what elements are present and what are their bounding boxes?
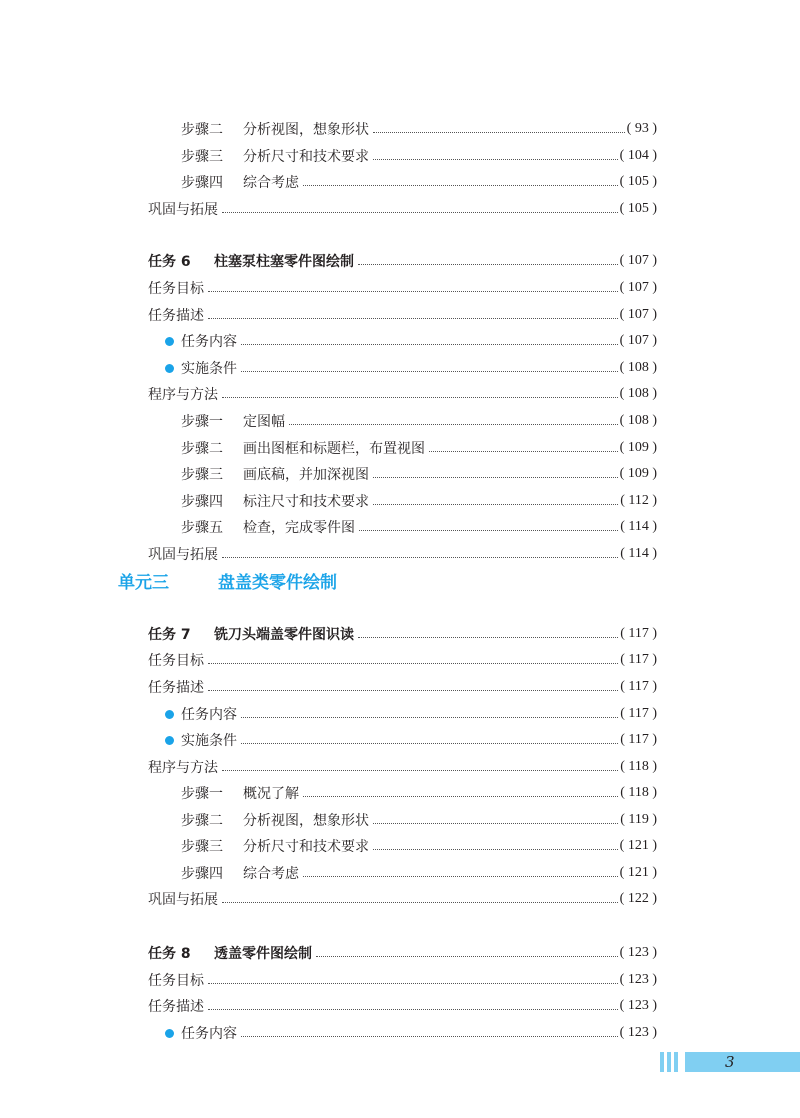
toc-page-number: ( 114 ) bbox=[620, 519, 657, 535]
toc-page-number: ( 121 ) bbox=[620, 865, 657, 881]
toc-page-number: ( 123 ) bbox=[620, 998, 657, 1014]
toc-page-number: ( 123 ) bbox=[620, 972, 657, 988]
toc-entry-label: 步骤二画出图框和标题栏，布置视图 bbox=[181, 438, 427, 458]
footer-bar: 3 bbox=[685, 1052, 800, 1072]
step-name: 步骤五 bbox=[181, 517, 243, 537]
toc-entry-title: 任务描述 bbox=[148, 308, 204, 324]
toc-entry-title: 巩固与拓展 bbox=[148, 202, 218, 218]
toc-page-number: ( 122 ) bbox=[620, 891, 657, 907]
toc-entry[interactable]: 步骤一定图幅( 108 ) bbox=[0, 408, 657, 434]
toc-entry[interactable]: 任务内容( 123 ) bbox=[0, 1020, 657, 1046]
toc-entry[interactable]: 任务描述( 123 ) bbox=[0, 993, 657, 1019]
dot-leader bbox=[241, 743, 618, 744]
toc-page-number: ( 107 ) bbox=[620, 333, 657, 349]
toc-entry[interactable]: 任务内容( 117 ) bbox=[0, 701, 657, 727]
toc-entry-title: 柱塞泵柱塞零件图绘制 bbox=[214, 254, 354, 270]
toc-page-number: ( 123 ) bbox=[620, 1025, 657, 1041]
toc-page-number: ( 108 ) bbox=[620, 386, 657, 402]
dot-leader bbox=[222, 770, 618, 771]
unit-heading[interactable]: 单元三盘盖类零件绘制 bbox=[118, 568, 337, 593]
toc-entry-title: 巩固与拓展 bbox=[148, 547, 218, 563]
footer-stripe bbox=[674, 1052, 678, 1072]
dot-leader bbox=[373, 849, 618, 850]
step-name: 步骤一 bbox=[181, 783, 243, 803]
toc-entry-label: 步骤一概况了解 bbox=[181, 783, 301, 803]
toc-entry[interactable]: 步骤三分析尺寸和技术要求( 104 ) bbox=[0, 143, 657, 169]
dot-leader bbox=[373, 823, 618, 824]
toc-entry-title: 任务内容 bbox=[181, 707, 237, 723]
dot-leader bbox=[208, 318, 618, 319]
toc-entry[interactable]: 步骤四综合考虑( 105 ) bbox=[0, 169, 657, 195]
toc-entry-label: 步骤三画底稿，并加深视图 bbox=[181, 464, 371, 484]
toc-entry-title: 实施条件 bbox=[181, 733, 237, 749]
toc-entry[interactable]: 实施条件( 108 ) bbox=[0, 355, 657, 381]
toc-entry-label: 任务描述 bbox=[148, 305, 206, 325]
toc-entry[interactable]: 任务描述( 107 ) bbox=[0, 302, 657, 328]
toc-entry-label: 步骤二分析视图，想象形状 bbox=[181, 810, 371, 830]
toc-entry-title: 任务目标 bbox=[148, 973, 204, 989]
toc-entry[interactable]: 步骤四标注尺寸和技术要求( 112 ) bbox=[0, 488, 657, 514]
toc-entry[interactable]: 步骤二分析视图，想象形状( 119 ) bbox=[0, 807, 657, 833]
toc-page-number: ( 117 ) bbox=[620, 732, 657, 748]
dot-leader bbox=[208, 1009, 618, 1010]
dot-leader bbox=[303, 185, 618, 186]
toc-page-number: ( 114 ) bbox=[620, 546, 657, 562]
page-number: 3 bbox=[725, 1052, 735, 1072]
toc-entry[interactable]: 巩固与拓展( 114 ) bbox=[0, 541, 657, 567]
dot-leader bbox=[222, 397, 618, 398]
step-name: 步骤二 bbox=[181, 438, 243, 458]
toc-entry-label: 程序与方法 bbox=[148, 757, 220, 777]
toc-entry-label: 任务目标 bbox=[148, 650, 206, 670]
toc-entry-label: 步骤四综合考虑 bbox=[181, 172, 301, 192]
toc-entry[interactable]: 任务目标( 117 ) bbox=[0, 647, 657, 673]
step-name: 步骤三 bbox=[181, 836, 243, 856]
dot-leader bbox=[373, 504, 618, 505]
toc-entry[interactable]: 程序与方法( 118 ) bbox=[0, 754, 657, 780]
toc-entry[interactable]: 巩固与拓展( 122 ) bbox=[0, 886, 657, 912]
toc-entry-label: 实施条件 bbox=[165, 730, 239, 750]
footer-stripe bbox=[660, 1052, 664, 1072]
toc-page-number: ( 121 ) bbox=[620, 838, 657, 854]
toc-page-number: ( 112 ) bbox=[620, 493, 657, 509]
bullet-icon bbox=[165, 364, 174, 373]
toc-entry-title: 任务描述 bbox=[148, 999, 204, 1015]
toc-page-number: ( 105 ) bbox=[620, 201, 657, 217]
toc-entry-title: 任务目标 bbox=[148, 653, 204, 669]
toc-entry-label: 步骤三分析尺寸和技术要求 bbox=[181, 836, 371, 856]
dot-leader bbox=[358, 637, 618, 638]
toc-entry-label: 任务内容 bbox=[165, 331, 239, 351]
unit-number: 单元三 bbox=[118, 568, 218, 593]
dot-leader bbox=[373, 159, 618, 160]
toc-entry-label: 任务目标 bbox=[148, 970, 206, 990]
toc-entry-title: 任务描述 bbox=[148, 680, 204, 696]
toc-entry-title: 画出图框和标题栏，布置视图 bbox=[243, 441, 425, 457]
dot-leader bbox=[316, 956, 618, 957]
toc-entry-title: 分析视图，想象形状 bbox=[243, 813, 369, 829]
toc-entry-title: 程序与方法 bbox=[148, 387, 218, 403]
dot-leader bbox=[359, 530, 618, 531]
toc-entry-label: 步骤二分析视图，想象形状 bbox=[181, 119, 371, 139]
dot-leader bbox=[241, 344, 618, 345]
toc-entry-label: 步骤三分析尺寸和技术要求 bbox=[181, 146, 371, 166]
toc-entry[interactable]: 巩固与拓展( 105 ) bbox=[0, 196, 657, 222]
toc-page-number: ( 93 ) bbox=[627, 121, 657, 137]
dot-leader bbox=[222, 212, 618, 213]
toc-entry[interactable]: 任务 6柱塞泵柱塞零件图绘制( 107 ) bbox=[0, 248, 657, 274]
dot-leader bbox=[222, 902, 618, 903]
toc-entry[interactable]: 任务描述( 117 ) bbox=[0, 674, 657, 700]
toc-entry-label: 巩固与拓展 bbox=[148, 889, 220, 909]
toc-page-number: ( 108 ) bbox=[620, 413, 657, 429]
toc-entry-title: 概况了解 bbox=[243, 786, 299, 802]
toc-page-number: ( 109 ) bbox=[620, 440, 657, 456]
toc-entry-title: 铣刀头端盖零件图识读 bbox=[214, 627, 354, 643]
toc-entry-label: 巩固与拓展 bbox=[148, 544, 220, 564]
toc-entry-title: 透盖零件图绘制 bbox=[214, 946, 312, 962]
toc-entry-label: 任务内容 bbox=[165, 1023, 239, 1043]
toc-entry-title: 分析尺寸和技术要求 bbox=[243, 149, 369, 165]
toc-page-number: ( 108 ) bbox=[620, 360, 657, 376]
footer-stripe bbox=[667, 1052, 671, 1072]
unit-title: 盘盖类零件绘制 bbox=[218, 573, 337, 593]
toc-entry[interactable]: 步骤三画底稿，并加深视图( 109 ) bbox=[0, 461, 657, 487]
toc-entry-title: 巩固与拓展 bbox=[148, 892, 218, 908]
toc-page-number: ( 118 ) bbox=[620, 785, 657, 801]
toc-entry-label: 任务目标 bbox=[148, 278, 206, 298]
dot-leader bbox=[303, 796, 618, 797]
toc-entry-label: 任务内容 bbox=[165, 704, 239, 724]
toc-entry-title: 实施条件 bbox=[181, 361, 237, 377]
step-name: 步骤一 bbox=[181, 411, 243, 431]
toc-entry-title: 画底稿，并加深视图 bbox=[243, 467, 369, 483]
toc-page-number: ( 117 ) bbox=[620, 626, 657, 642]
toc-entry[interactable]: 步骤四综合考虑( 121 ) bbox=[0, 860, 657, 886]
toc-entry[interactable]: 任务目标( 123 ) bbox=[0, 967, 657, 993]
step-name: 步骤四 bbox=[181, 172, 243, 192]
dot-leader bbox=[373, 477, 618, 478]
task-number: 任务 6 bbox=[148, 251, 214, 271]
bullet-icon bbox=[165, 337, 174, 346]
dot-leader bbox=[241, 371, 618, 372]
dot-leader bbox=[429, 451, 618, 452]
toc-page-number: ( 119 ) bbox=[620, 812, 657, 828]
toc-page-number: ( 109 ) bbox=[620, 466, 657, 482]
step-name: 步骤三 bbox=[181, 464, 243, 484]
toc-entry[interactable]: 任务 8透盖零件图绘制( 123 ) bbox=[0, 940, 657, 966]
toc-page-number: ( 123 ) bbox=[620, 945, 657, 961]
toc-entry[interactable]: 步骤一概况了解( 118 ) bbox=[0, 780, 657, 806]
step-name: 步骤四 bbox=[181, 491, 243, 511]
dot-leader bbox=[208, 983, 618, 984]
toc-entry-label: 任务 7铣刀头端盖零件图识读 bbox=[148, 624, 356, 644]
bullet-icon bbox=[165, 710, 174, 719]
dot-leader bbox=[373, 132, 625, 133]
toc-entry[interactable]: 任务目标( 107 ) bbox=[0, 275, 657, 301]
toc-entry[interactable]: 程序与方法( 108 ) bbox=[0, 381, 657, 407]
toc-page-number: ( 117 ) bbox=[620, 679, 657, 695]
dot-leader bbox=[289, 424, 618, 425]
toc-entry-title: 标注尺寸和技术要求 bbox=[243, 494, 369, 510]
toc-page-number: ( 117 ) bbox=[620, 652, 657, 668]
step-name: 步骤四 bbox=[181, 863, 243, 883]
dot-leader bbox=[208, 291, 618, 292]
toc-page-number: ( 107 ) bbox=[620, 280, 657, 296]
toc-page-number: ( 107 ) bbox=[620, 307, 657, 323]
dot-leader bbox=[208, 690, 618, 691]
toc-entry[interactable]: 任务内容( 107 ) bbox=[0, 328, 657, 354]
step-name: 步骤二 bbox=[181, 119, 243, 139]
toc-page-number: ( 105 ) bbox=[620, 174, 657, 190]
dot-leader bbox=[241, 717, 618, 718]
toc-entry[interactable]: 步骤五检查，完成零件图( 114 ) bbox=[0, 514, 657, 540]
toc-entry-label: 步骤四综合考虑 bbox=[181, 863, 301, 883]
step-name: 步骤二 bbox=[181, 810, 243, 830]
toc-entry-title: 分析视图，想象形状 bbox=[243, 122, 369, 138]
toc-entry-label: 步骤一定图幅 bbox=[181, 411, 287, 431]
dot-leader bbox=[303, 876, 618, 877]
toc-page-number: ( 107 ) bbox=[620, 253, 657, 269]
toc-entry-label: 步骤四标注尺寸和技术要求 bbox=[181, 491, 371, 511]
toc-entry-label: 任务描述 bbox=[148, 996, 206, 1016]
toc-entry[interactable]: 任务 7铣刀头端盖零件图识读( 117 ) bbox=[0, 621, 657, 647]
toc-entry-title: 检查，完成零件图 bbox=[243, 520, 355, 536]
toc-entry-title: 综合考虑 bbox=[243, 175, 299, 191]
toc-entry-label: 任务 8透盖零件图绘制 bbox=[148, 943, 314, 963]
toc-entry[interactable]: 步骤二画出图框和标题栏，布置视图( 109 ) bbox=[0, 435, 657, 461]
toc-entry-label: 程序与方法 bbox=[148, 384, 220, 404]
toc-entry-title: 分析尺寸和技术要求 bbox=[243, 839, 369, 855]
task-number: 任务 8 bbox=[148, 943, 214, 963]
toc-entry[interactable]: 实施条件( 117 ) bbox=[0, 727, 657, 753]
toc-page-number: ( 118 ) bbox=[620, 759, 657, 775]
toc-entry-label: 任务 6柱塞泵柱塞零件图绘制 bbox=[148, 251, 356, 271]
task-number: 任务 7 bbox=[148, 624, 214, 644]
toc-entry-label: 步骤五检查，完成零件图 bbox=[181, 517, 357, 537]
toc-entry-title: 综合考虑 bbox=[243, 866, 299, 882]
toc-entry-title: 任务内容 bbox=[181, 334, 237, 350]
toc-entry[interactable]: 步骤二分析视图，想象形状( 93 ) bbox=[0, 116, 657, 142]
toc-entry-label: 任务描述 bbox=[148, 677, 206, 697]
dot-leader bbox=[222, 557, 618, 558]
dot-leader bbox=[358, 264, 618, 265]
toc-entry-title: 任务内容 bbox=[181, 1026, 237, 1042]
toc-entry-label: 巩固与拓展 bbox=[148, 199, 220, 219]
dot-leader bbox=[241, 1036, 618, 1037]
toc-entry[interactable]: 步骤三分析尺寸和技术要求( 121 ) bbox=[0, 833, 657, 859]
dot-leader bbox=[208, 663, 618, 664]
toc-entry-title: 任务目标 bbox=[148, 281, 204, 297]
toc-page-number: ( 117 ) bbox=[620, 706, 657, 722]
toc-entry-label: 实施条件 bbox=[165, 358, 239, 378]
bullet-icon bbox=[165, 736, 174, 745]
toc-page-number: ( 104 ) bbox=[620, 148, 657, 164]
toc-entry-title: 定图幅 bbox=[243, 414, 285, 430]
toc-entry-title: 程序与方法 bbox=[148, 760, 218, 776]
bullet-icon bbox=[165, 1029, 174, 1038]
step-name: 步骤三 bbox=[181, 146, 243, 166]
